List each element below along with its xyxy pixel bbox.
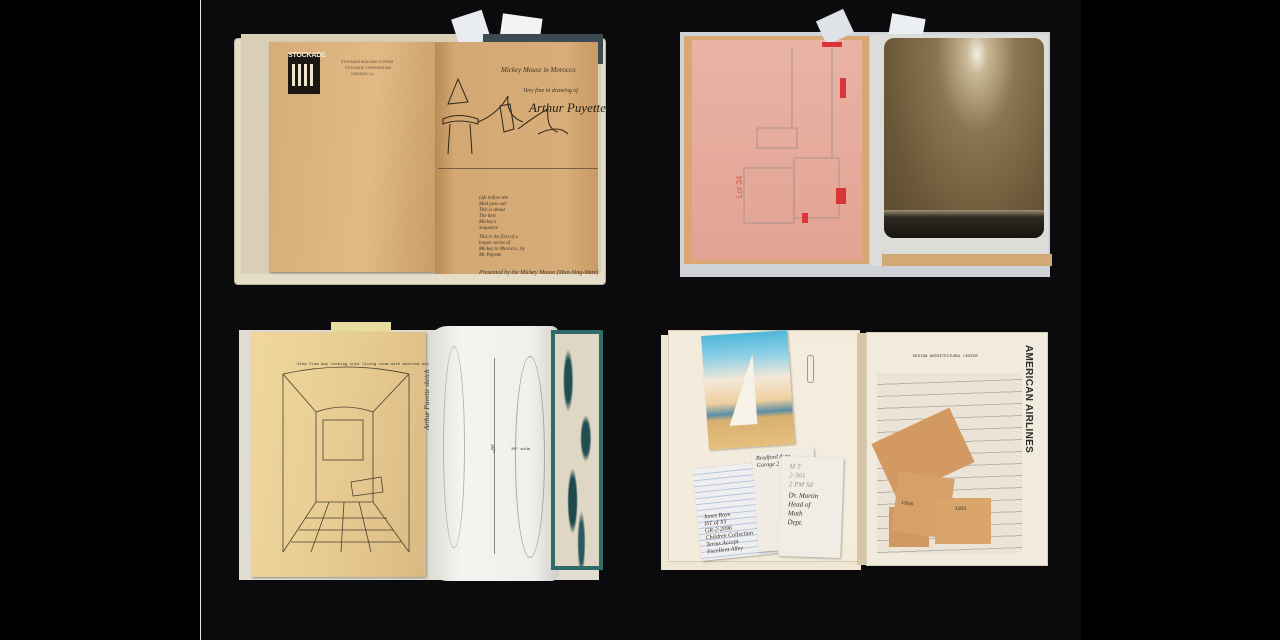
- letterhead-line: STOCKADE BUILDING SYSTEM: [341, 60, 393, 64]
- note-card-dr-martin: M T 2-361 2 PM Sd Dr. Martin Head of Mat…: [778, 456, 843, 558]
- torn-paper-edge: [882, 254, 1052, 266]
- corridor-perspective-sketch: [271, 362, 416, 562]
- pencil-notes: Life before the Mad pass out This is abo…: [479, 196, 525, 259]
- letterhead: DESIGN ARCHITECTURAL CENTER: [913, 355, 978, 359]
- note-line: Sequence: [479, 226, 525, 232]
- stockade-logo-bars: [292, 64, 314, 86]
- page-fold-line: [438, 168, 598, 169]
- letterhead-line: CHICAGO, ILL.: [351, 72, 375, 76]
- sketch-title: Mickey Mouse in Morocco: [501, 66, 576, 74]
- manila-ticket: 1951: [935, 498, 991, 544]
- drawing-caption: View from bay looking into living room w…: [297, 363, 436, 367]
- scrapbook-ephemera: DESIGN ARCHITECTURAL CENTER AMERICAN AIR…: [655, 325, 1055, 575]
- scrapbook-floorplan-photo: Lot 34: [672, 14, 1057, 282]
- card-line: Dept.: [779, 518, 841, 529]
- dimension-arrow: [494, 358, 495, 554]
- scrapbook-stockade-mickey: STOCKADE STOCKADE BUILDING SYSTEM STOCKA…: [233, 14, 613, 289]
- sepia-night-photo: [884, 38, 1044, 238]
- paperclip: [807, 355, 814, 383]
- american-airlines-stamp: AMERICAN AIRLINES: [1023, 345, 1034, 453]
- photo-horizon: [884, 210, 1044, 238]
- postcard-sail: [725, 354, 758, 426]
- letterhead-line: STOCKADE CORPORATION: [345, 66, 391, 70]
- width-label: 20" wide: [511, 448, 530, 452]
- dimension-label: 20": [489, 444, 495, 453]
- sketch-credit: Presented by the Mickey Mouse (Mun-Sing-…: [479, 270, 598, 276]
- note-body-line: Mr Puyette: [479, 253, 525, 259]
- marbled-endpaper: [555, 334, 599, 566]
- yellow-tab: [331, 322, 391, 332]
- pencil-oval: [515, 356, 545, 558]
- artist-signature: Arthur Puyette: [529, 100, 606, 116]
- scrapbook-interior-drawing: View from bay looking into living room w…: [233, 320, 613, 582]
- floor-plan-drawing: Lot 34: [732, 38, 852, 238]
- sketch-dedication: Very fine in drawing of: [523, 88, 578, 94]
- stockade-logo-text: STOCKADE: [288, 52, 326, 59]
- pencil-oval: [443, 346, 465, 548]
- lot-marking: Lot 34: [735, 175, 744, 198]
